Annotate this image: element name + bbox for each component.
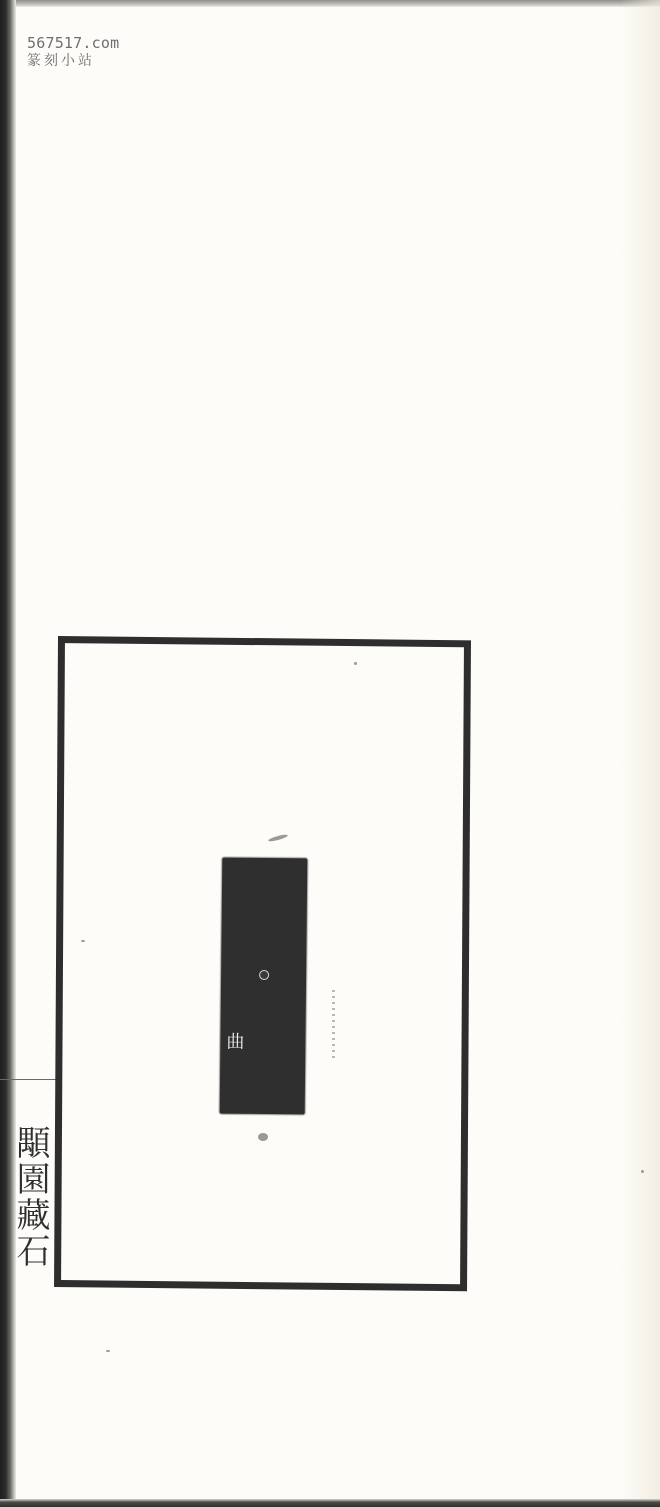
seal-caption: 顒園藏石 [10,1125,50,1269]
seal-mark-text: 曲 [226,1034,244,1052]
page-bottom-edge [0,1499,660,1507]
margin-rule [0,1079,62,1080]
watermark-url: 567517.com [27,34,119,52]
ink-speck [641,1170,644,1173]
ink-smudge [332,988,335,1058]
book-spine-shadow [0,0,16,1507]
ink-speck [258,1133,268,1141]
ink-speck [354,662,357,665]
ink-speck [81,940,85,942]
watermark-site-name: 篆刻小站 [27,52,119,70]
seal-center-dot [259,970,269,980]
seal-impression: 曲 [220,858,308,1115]
watermark: 567517.com 篆刻小站 [27,34,119,70]
ink-speck [106,1350,110,1352]
page-right-shading [620,0,660,1507]
page-top-edge [0,0,660,7]
